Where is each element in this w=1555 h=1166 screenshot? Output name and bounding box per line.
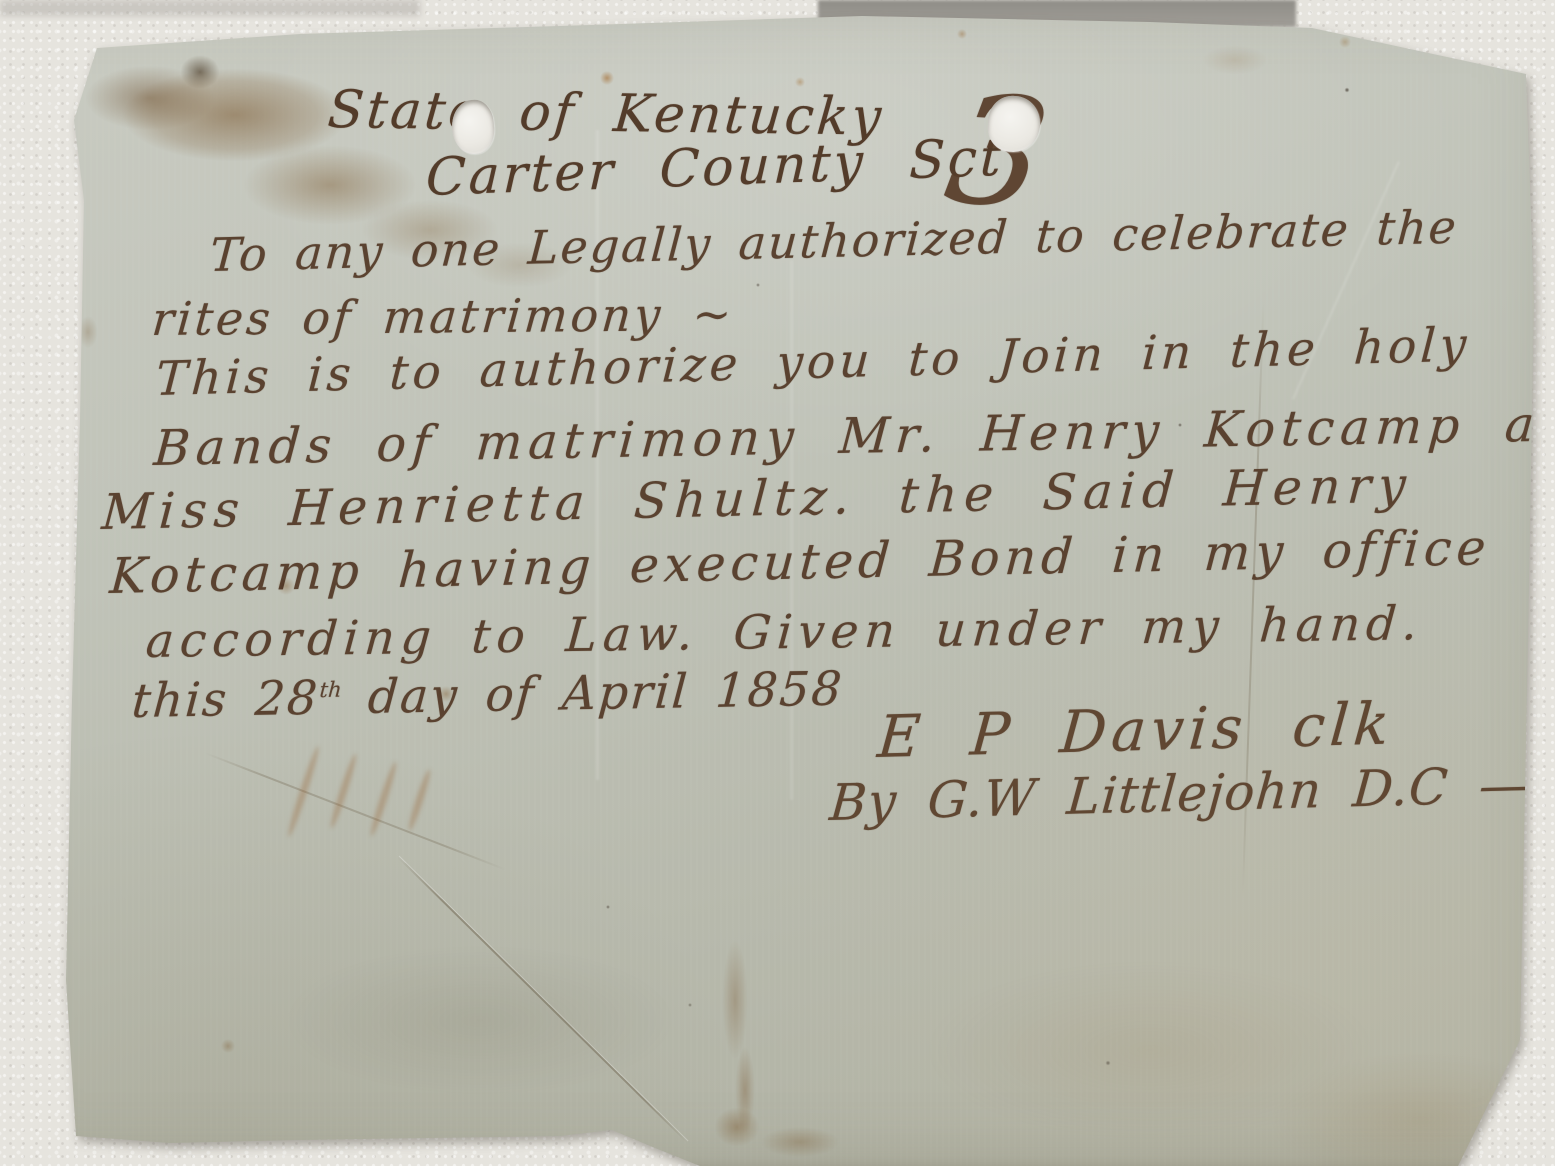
paper-edge-shading <box>0 0 1555 1166</box>
paper-shadow-wrapper: State of Kentucky Carter County Sct 3 To… <box>0 0 1555 1166</box>
document-paper: State of Kentucky Carter County Sct 3 To… <box>0 0 1555 1166</box>
photo-scene: State of Kentucky Carter County Sct 3 To… <box>0 0 1555 1166</box>
